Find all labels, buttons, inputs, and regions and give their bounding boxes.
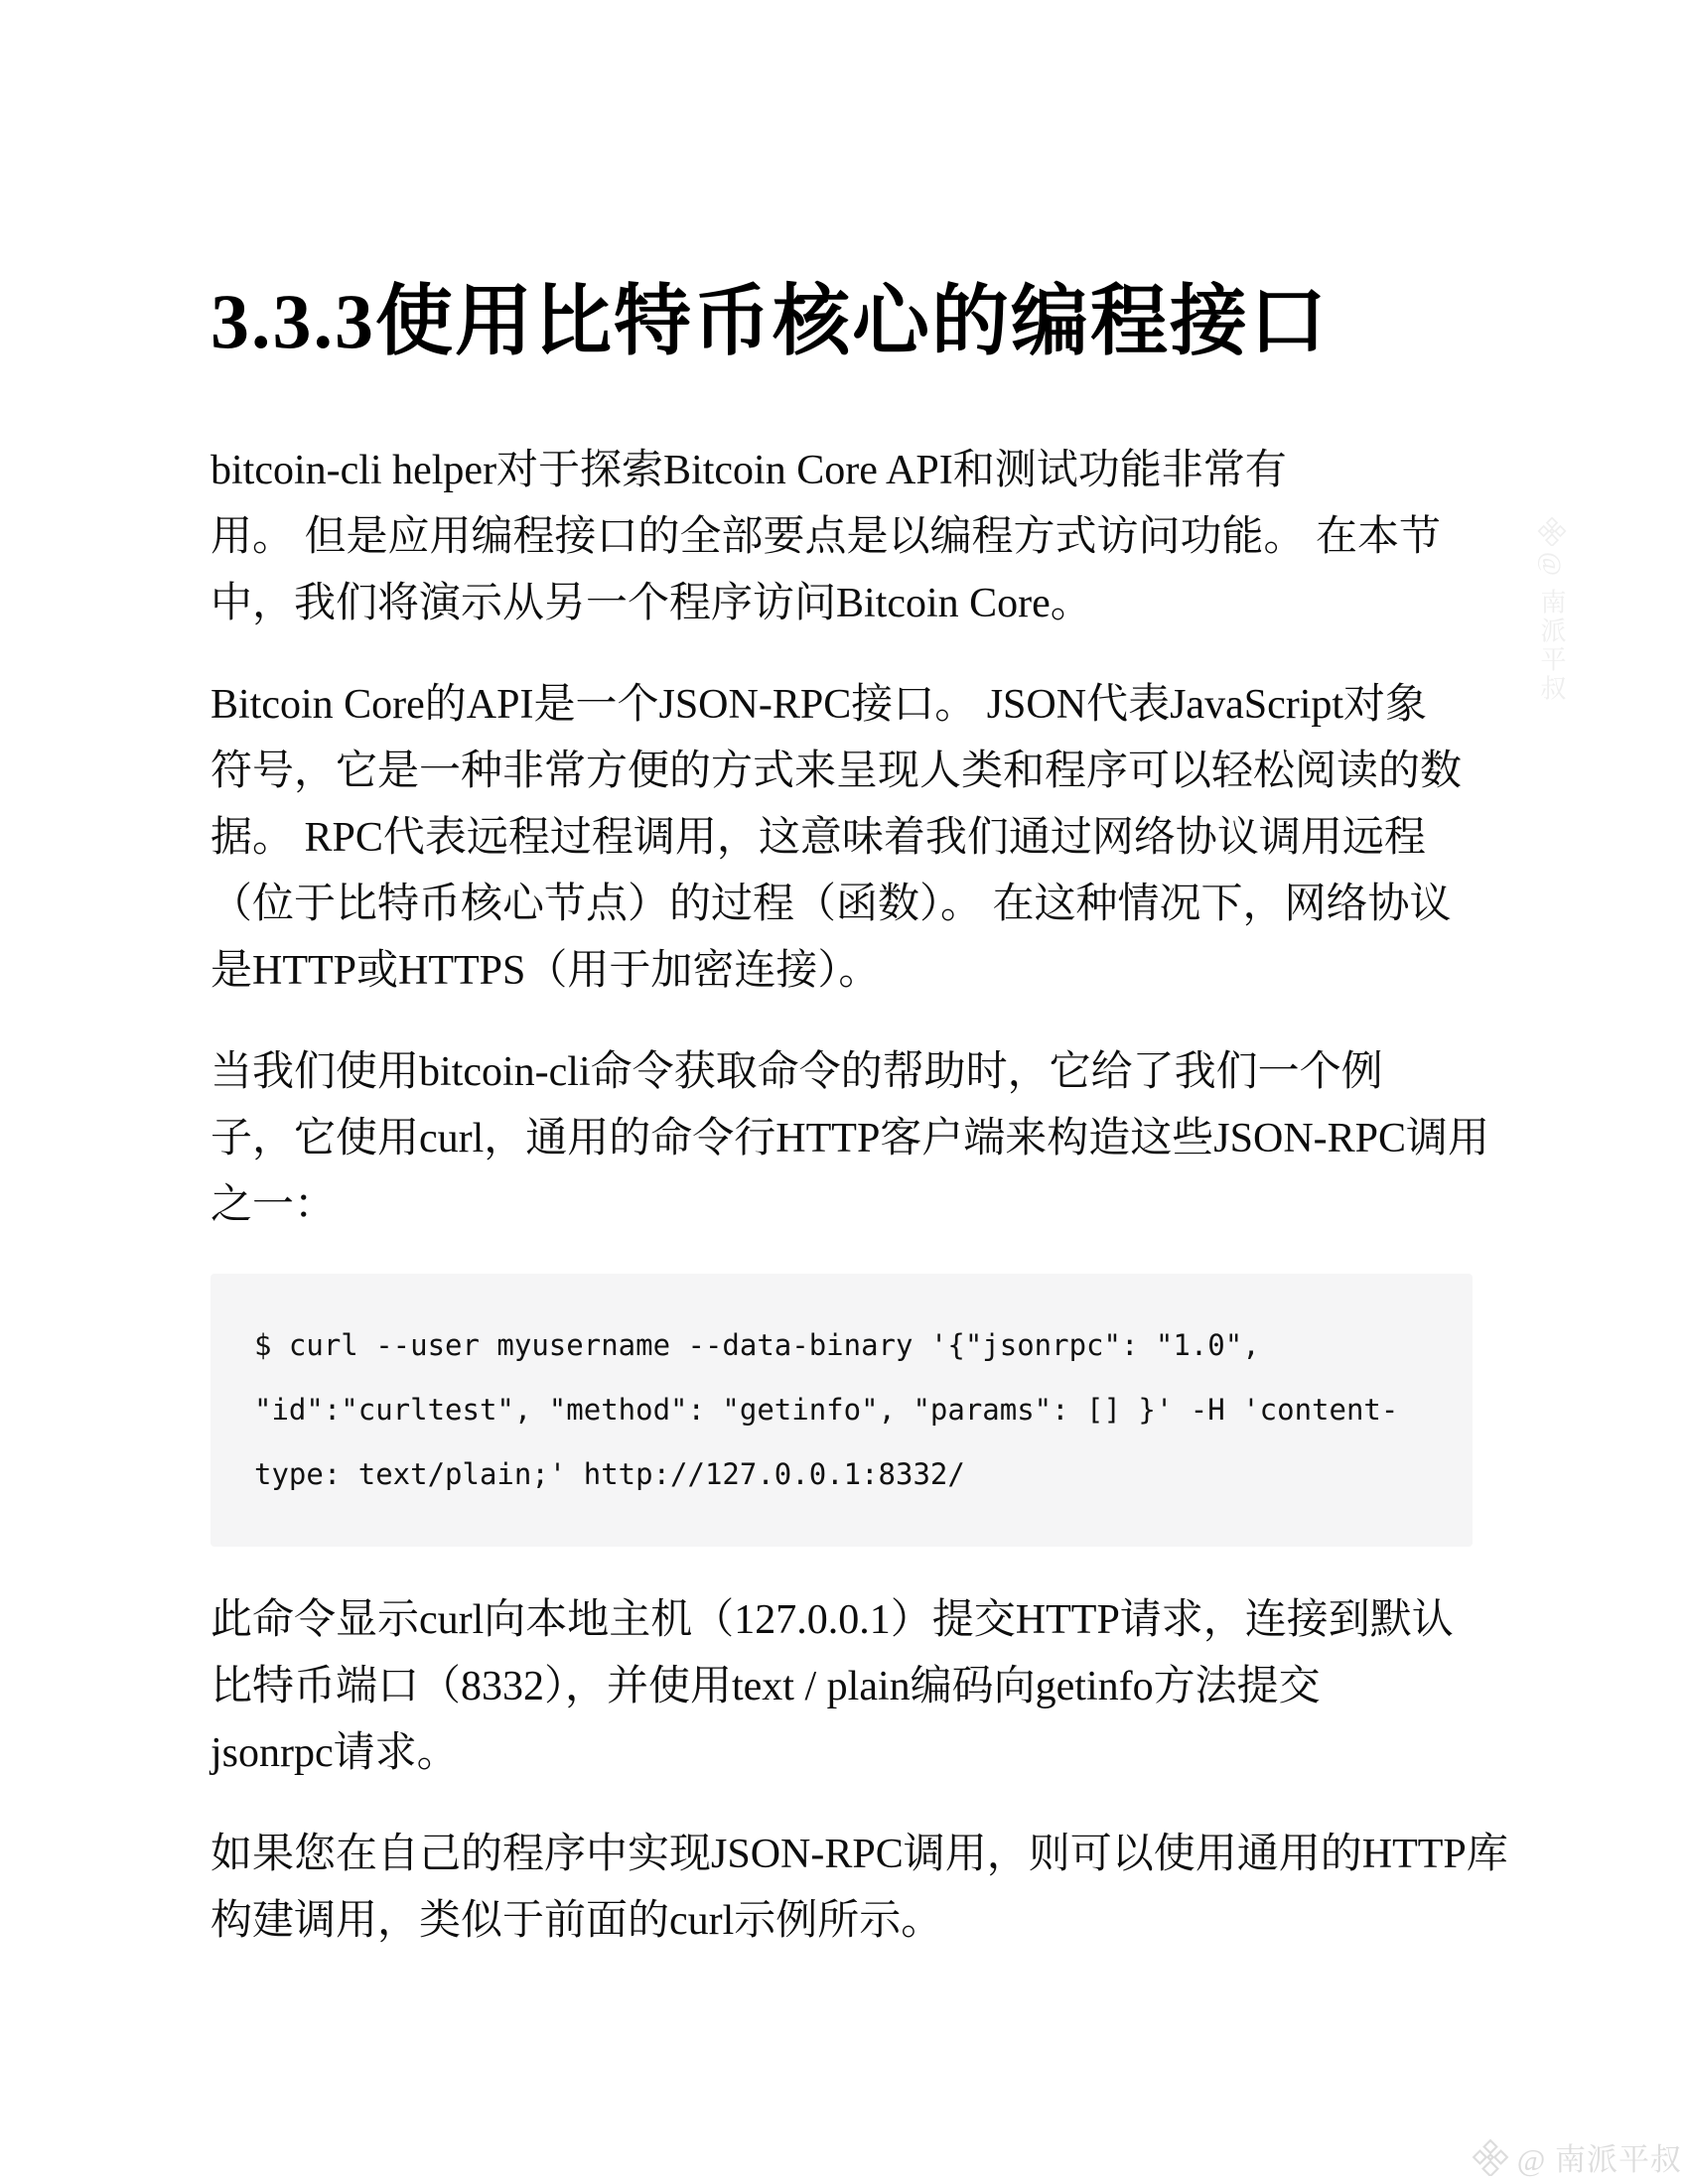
text-line: Bitcoin Core的API是一个JSON-RPC接口。 JSON代表Jav… (211, 672, 1551, 739)
text-line: 是HTTP或HTTPS（用于加密连接）。 (211, 938, 1551, 1005)
code-line: type: text/plain;' http://127.0.0.1:8332… (254, 1442, 1429, 1507)
page-title: 3.3.3使用比特币核心的编程接口 (211, 276, 1551, 366)
watermark-text: @ 南派平叔 (1517, 2134, 1682, 2179)
text-line: 用。 但是应用编程接口的全部要点是以编程方式访问功能。 在本节 (211, 504, 1551, 571)
paragraph: 此命令显示curl向本地主机（127.0.0.1）提交HTTP请求，连接到默认 … (211, 1587, 1551, 1787)
article-content: 3.3.3使用比特币核心的编程接口 bitcoin-cli helper对于探索… (211, 276, 1551, 1989)
watermark-side: @ 南派平叔 (1533, 516, 1570, 703)
text-line: （位于比特币核心节点）的过程（函数）。 在这种情况下，网络协议 (211, 872, 1551, 938)
text-line: 中，我们将演示从另一个程序访问Bitcoin Core。 (211, 571, 1551, 637)
text-line: 此命令显示curl向本地主机（127.0.0.1）提交HTTP请求，连接到默认 (211, 1587, 1551, 1654)
code-block: $ curl --user myusername --data-binary '… (211, 1274, 1473, 1547)
text-line: 符号，它是一种非常方便的方式来呈现人类和程序可以轻松阅读的数 (211, 739, 1551, 805)
watermark-text: @ 南派平叔 (1533, 552, 1570, 703)
code-line: $ curl --user myusername --data-binary '… (254, 1313, 1429, 1378)
text-line: 据。 RPC代表远程过程调用，这意味着我们通过网络协议调用远程 (211, 805, 1551, 872)
paragraph: 当我们使用bitcoin-cli命令获取命令的帮助时，它给了我们一个例 子，它使… (211, 1039, 1551, 1239)
paragraph: bitcoin-cli helper对于探索Bitcoin Core API和测… (211, 438, 1551, 637)
code-line: "id":"curltest", "method": "getinfo", "p… (254, 1378, 1429, 1442)
text-line: 比特币端口（8332），并使用text / plain编码向getinfo方法提… (211, 1654, 1551, 1720)
text-line: 之一： (211, 1172, 1551, 1239)
text-line: 构建调用，类似于前面的curl示例所示。 (211, 1888, 1551, 1955)
text-line: 如果您在自己的程序中实现JSON-RPC调用，则可以使用通用的HTTP库 (211, 1822, 1551, 1888)
diamond-cluster-logo-icon (1537, 516, 1567, 546)
diamond-cluster-logo-icon (1472, 2138, 1509, 2176)
paragraph: Bitcoin Core的API是一个JSON-RPC接口。 JSON代表Jav… (211, 672, 1551, 1005)
watermark-bottom: @ 南派平叔 (1472, 2134, 1682, 2179)
text-line: bitcoin-cli helper对于探索Bitcoin Core API和测… (211, 438, 1551, 504)
paragraph: 如果您在自己的程序中实现JSON-RPC调用，则可以使用通用的HTTP库 构建调… (211, 1822, 1551, 1955)
text-line: jsonrpc请求。 (211, 1720, 1551, 1787)
text-line: 当我们使用bitcoin-cli命令获取命令的帮助时，它给了我们一个例 (211, 1039, 1551, 1106)
document-page: 3.3.3使用比特币核心的编程接口 bitcoin-cli helper对于探索… (0, 0, 1688, 2184)
text-line: 子，它使用curl，通用的命令行HTTP客户端来构造这些JSON-RPC调用 (211, 1106, 1551, 1172)
